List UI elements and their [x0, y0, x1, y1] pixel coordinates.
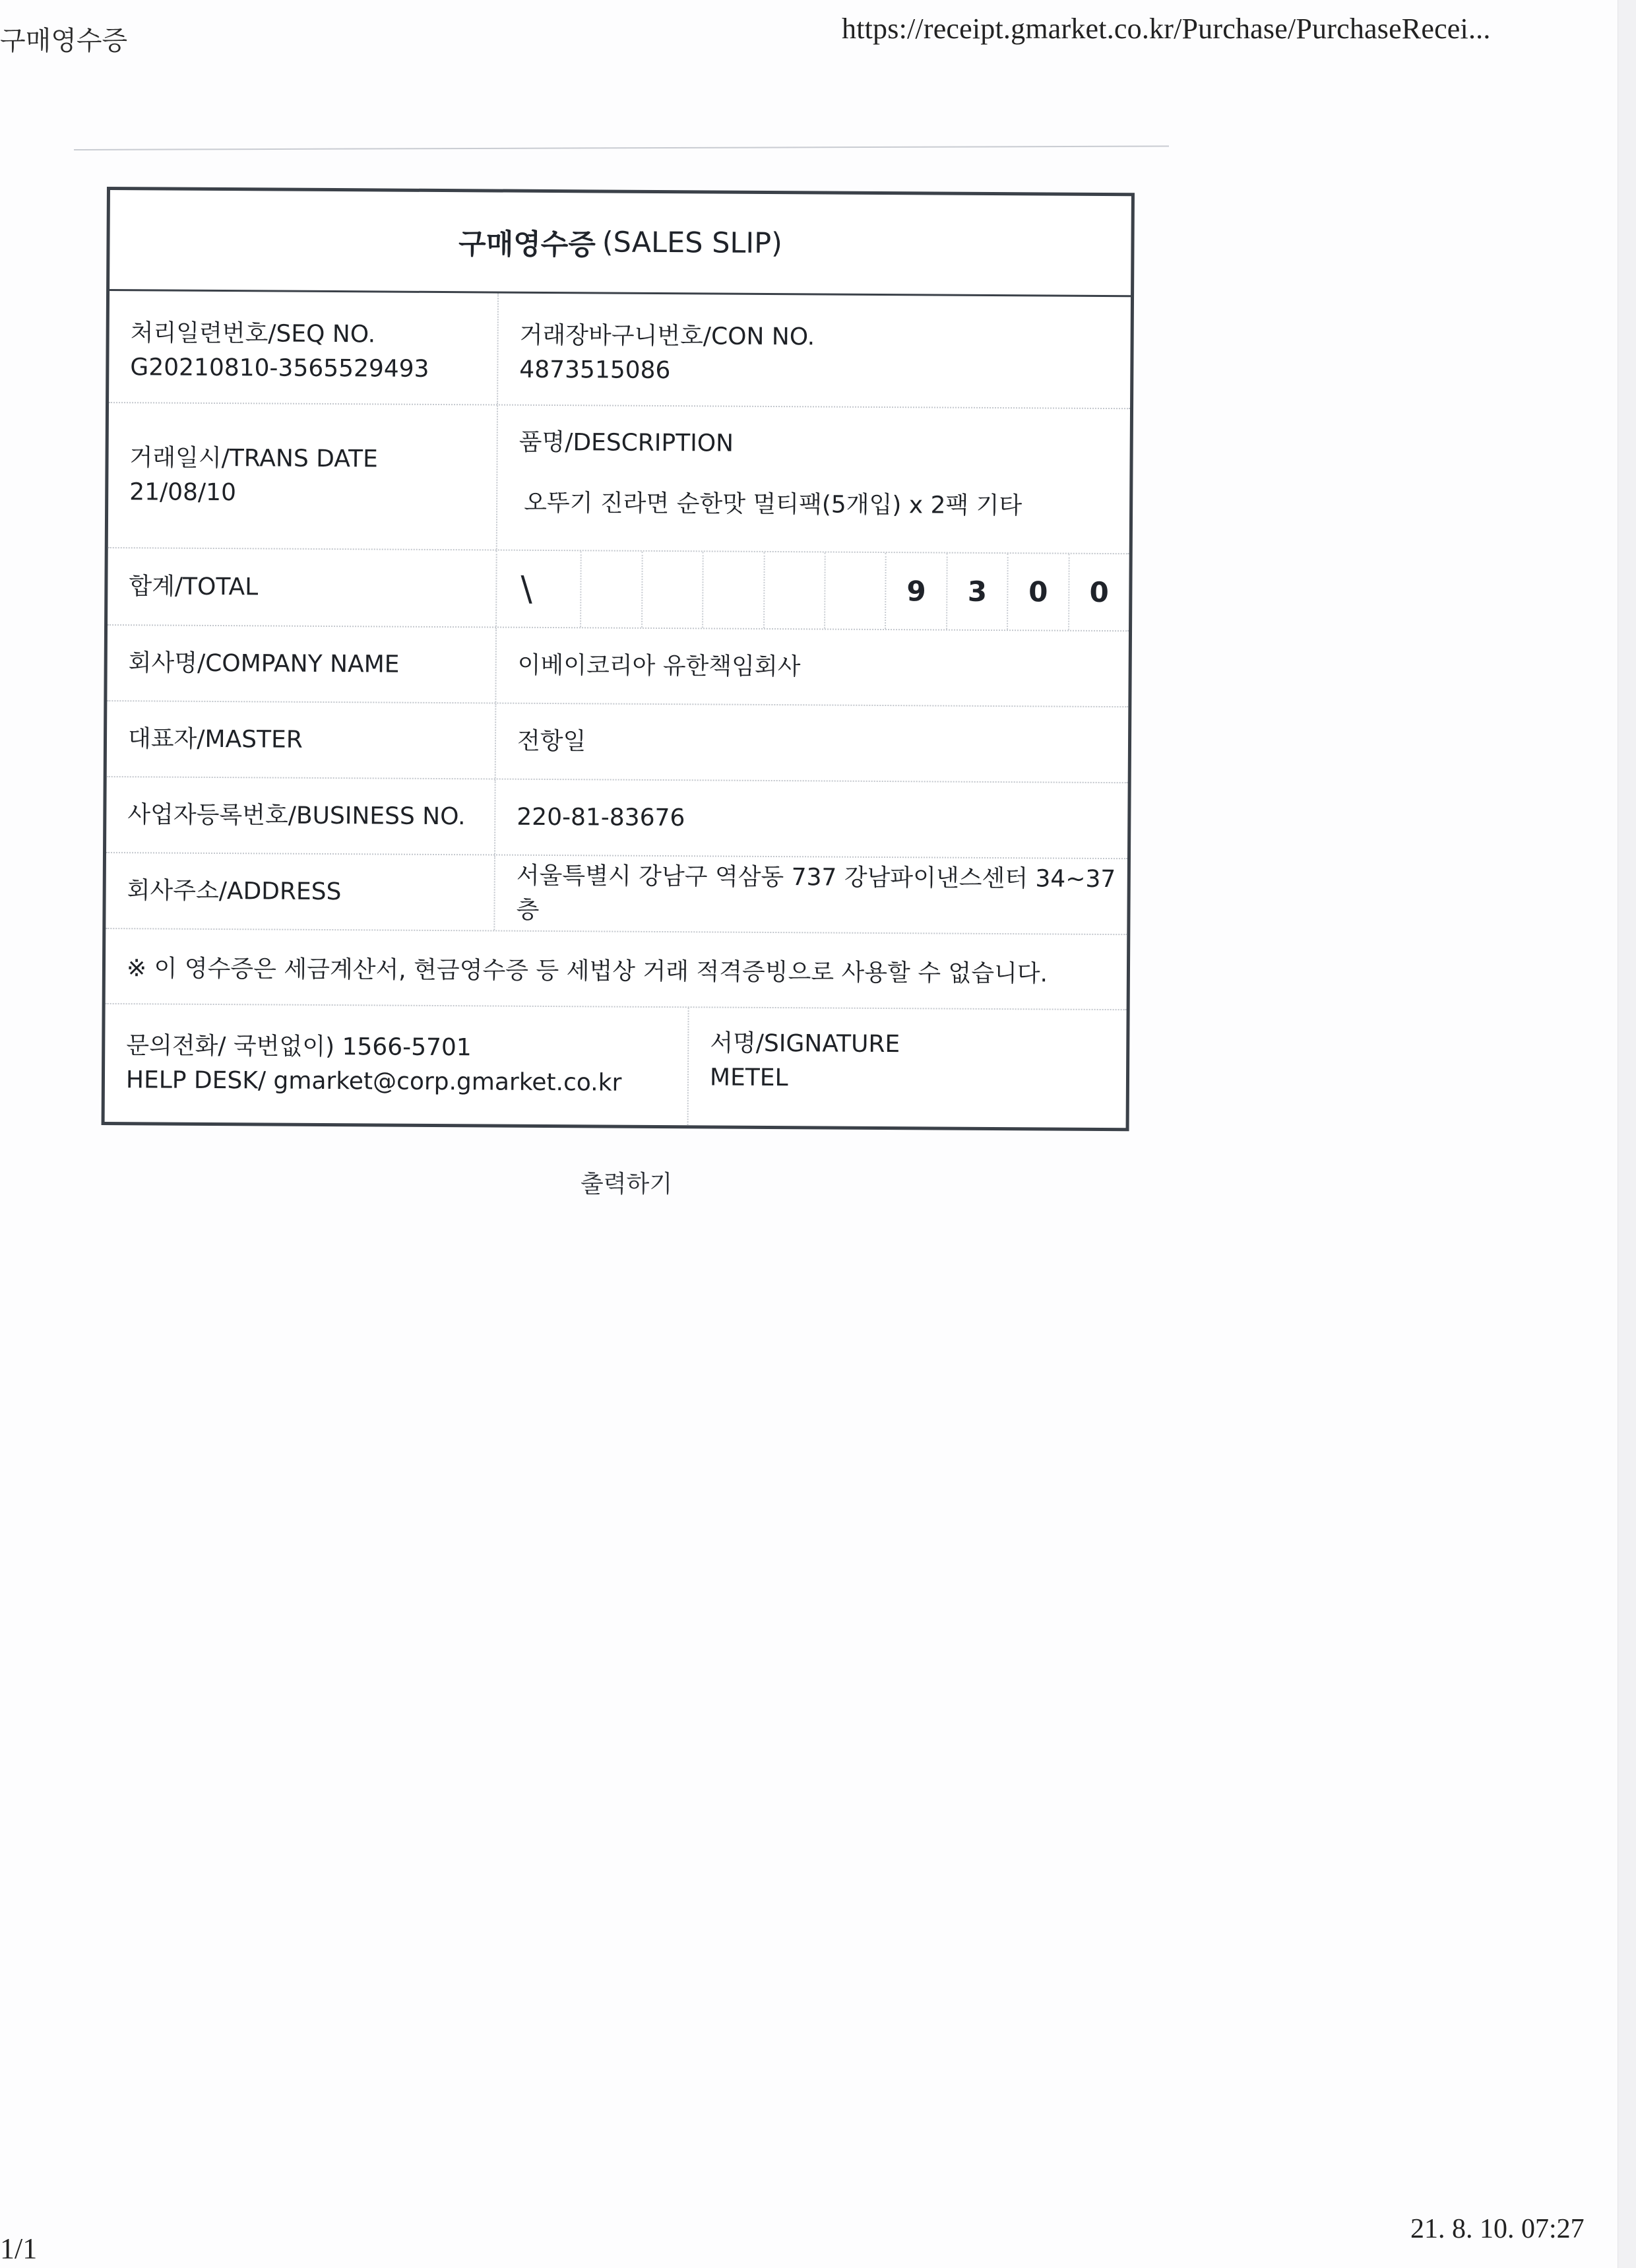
amount-digit: 9 [886, 553, 947, 630]
total-amount-grid: \ 9 3 0 0 [497, 551, 1129, 631]
amount-digit: 0 [1069, 554, 1129, 631]
currency-symbol: \ [497, 551, 582, 628]
amount-digit [825, 552, 887, 629]
trans-date-cell: 거래일시/TRANS DATE 21/08/10 [108, 403, 498, 549]
master-value: 전항일 [496, 704, 1129, 783]
signature-cell: 서명/SIGNATURE METEL [689, 1008, 1127, 1128]
address-label: 회사주소/ADDRESS [106, 853, 495, 930]
sales-slip-receipt: 구매영수증 (SALES SLIP) 처리일련번호/SEQ NO. G20210… [102, 187, 1135, 1131]
total-row: 합계/TOTAL \ 9 3 0 0 [108, 548, 1129, 632]
receipt-title: 구매영수증 (SALES SLIP) [110, 190, 1131, 297]
signature-value: METEL [710, 1060, 1126, 1097]
seq-no-cell: 처리일련번호/SEQ NO. G20210810-3565529493 [109, 291, 499, 404]
amount-digit: 0 [1008, 554, 1069, 630]
address-value: 서울특별시 강남구 역삼동 737 강남파이낸스센터 34~37층 [495, 856, 1127, 934]
business-no-label: 사업자등록번호/BUSINESS NO. [106, 777, 496, 854]
amount-digit [765, 552, 826, 629]
tax-notice: ※ 이 영수증은 세금계산서, 현금영수증 등 세법상 거래 적격증빙으로 사용… [106, 929, 1127, 1010]
print-header-page-title: 구매영수증 [0, 20, 127, 57]
amount-digit [703, 552, 765, 628]
description-label: 품명/DESCRIPTION [519, 426, 1130, 463]
company-name-value: 이베이코리아 유한책임회사 [496, 628, 1129, 707]
con-no-value: 4873515086 [519, 353, 1130, 391]
page-counter: 1/1 [0, 2232, 37, 2265]
amount-digit [643, 552, 704, 628]
business-no-value: 220-81-83676 [495, 780, 1128, 859]
print-button[interactable]: 출력하기 [581, 1165, 672, 1199]
helpdesk-email: HELP DESK/ gmarket@corp.gmarket.co.kr [126, 1063, 687, 1101]
company-name-row: 회사명/COMPANY NAME 이베이코리아 유한책임회사 [107, 626, 1129, 707]
receipt-title-en: (SALES SLIP) [602, 226, 782, 260]
description-value: 오뚜기 진라면 순한맛 멀티팩(5개입) x 2팩 기타 [519, 486, 1129, 524]
print-header-url: https://receipt.gmarket.co.kr/Purchase/P… [842, 12, 1491, 46]
master-label: 대표자/MASTER [107, 701, 497, 778]
amount-digit [581, 551, 643, 628]
print-timestamp: 21. 8. 10. 07:27 [1410, 2213, 1585, 2245]
top-divider [74, 145, 1169, 150]
seq-no-label: 처리일련번호/SEQ NO. [131, 316, 497, 352]
amount-digit: 3 [947, 554, 1009, 630]
signature-label: 서명/SIGNATURE [710, 1026, 1126, 1063]
helpdesk-phone: 문의전화/ 국번없이) 1566-5701 [126, 1029, 687, 1066]
scan-edge [1618, 0, 1636, 2268]
business-no-row: 사업자등록번호/BUSINESS NO. 220-81-83676 [106, 777, 1128, 859]
description-cell: 품명/DESCRIPTION 오뚜기 진라면 순한맛 멀티팩(5개입) x 2팩… [497, 406, 1130, 554]
footer-row: 문의전화/ 국번없이) 1566-5701 HELP DESK/ gmarket… [105, 1004, 1127, 1128]
company-name-label: 회사명/COMPANY NAME [107, 626, 497, 702]
receipt-title-ko: 구매영수증 [458, 222, 596, 263]
total-label: 합계/TOTAL [108, 548, 497, 626]
seq-con-row: 처리일련번호/SEQ NO. G20210810-3565529493 거래장바… [109, 291, 1131, 409]
trans-date-value: 21/08/10 [129, 475, 496, 511]
seq-no-value: G20210810-3565529493 [130, 350, 497, 387]
master-row: 대표자/MASTER 전항일 [107, 701, 1129, 783]
con-no-cell: 거래장바구니번호/CON NO. 4873515086 [498, 294, 1131, 408]
con-no-label: 거래장바구니번호/CON NO. [520, 319, 1131, 356]
date-description-row: 거래일시/TRANS DATE 21/08/10 품명/DESCRIPTION … [108, 403, 1130, 554]
trans-date-label: 거래일시/TRANS DATE [129, 441, 496, 477]
address-row: 회사주소/ADDRESS 서울특별시 강남구 역삼동 737 강남파이낸스센터 … [106, 853, 1127, 935]
helpdesk-cell: 문의전화/ 국번없이) 1566-5701 HELP DESK/ gmarket… [105, 1004, 689, 1125]
